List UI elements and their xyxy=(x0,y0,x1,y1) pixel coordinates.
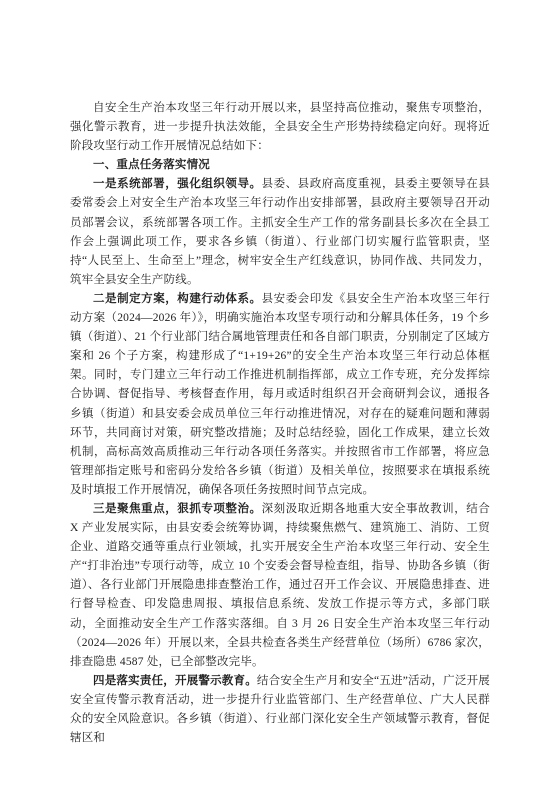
paragraph-4-lead: 四是落实责任，开展警示教育。 xyxy=(93,675,257,687)
intro-paragraph: 自安全生产治本攻坚三年行动开展以来，县坚持高位推动，聚焦专项整治，强化警示教育，… xyxy=(70,99,490,156)
paragraph-2: 二是制定方案，构建行动体系。县安委会印发《县安全生产治本攻坚三年行动方案（202… xyxy=(70,290,490,500)
paragraph-3-lead: 三是聚焦重点，狠抓专项整治。 xyxy=(93,503,262,515)
section-heading-text: 一、重点任务落实情况 xyxy=(93,159,210,171)
paragraph-2-body: 县安委会印发《县安全生产治本攻坚三年行动方案（2024—2026 年）》，明确实… xyxy=(70,293,490,496)
paragraph-4: 四是落实责任，开展警示教育。结合安全生产月和安全“五进”活动，广泛开展安全宣传警… xyxy=(70,672,490,748)
document-text-area: 自安全生产治本攻坚三年行动开展以来，县坚持高位推动，聚焦专项整治，强化警示教育，… xyxy=(70,99,490,748)
document-page: 自安全生产治本攻坚三年行动开展以来，县坚持高位推动，聚焦专项整治，强化警示教育，… xyxy=(0,0,560,792)
paragraph-1: 一是系统部署，强化组织领导。县委、县政府高度重视，县委主要领导在县委常委会上对安… xyxy=(70,175,490,290)
paragraph-3: 三是聚焦重点，狠抓专项整治。深刻汲取近期各地重大安全事故教训，结合 X 产业发展… xyxy=(70,500,490,672)
paragraph-2-lead: 二是制定方案，构建行动体系。 xyxy=(93,293,262,305)
paragraph-1-body: 县委、县政府高度重视，县委主要领导在县委常委会上对安全生产治本攻坚三年行动作出安… xyxy=(70,178,490,285)
intro-text: 自安全生产治本攻坚三年行动开展以来，县坚持高位推动，聚焦专项整治，强化警示教育，… xyxy=(70,102,490,152)
paragraph-3-body: 深刻汲取近期各地重大安全事故教训，结合 X 产业发展实际，由县安委会统筹协调，持… xyxy=(70,503,490,668)
section-heading: 一、重点任务落实情况 xyxy=(70,156,490,175)
paragraph-1-lead: 一是系统部署，强化组织领导。 xyxy=(93,178,262,190)
